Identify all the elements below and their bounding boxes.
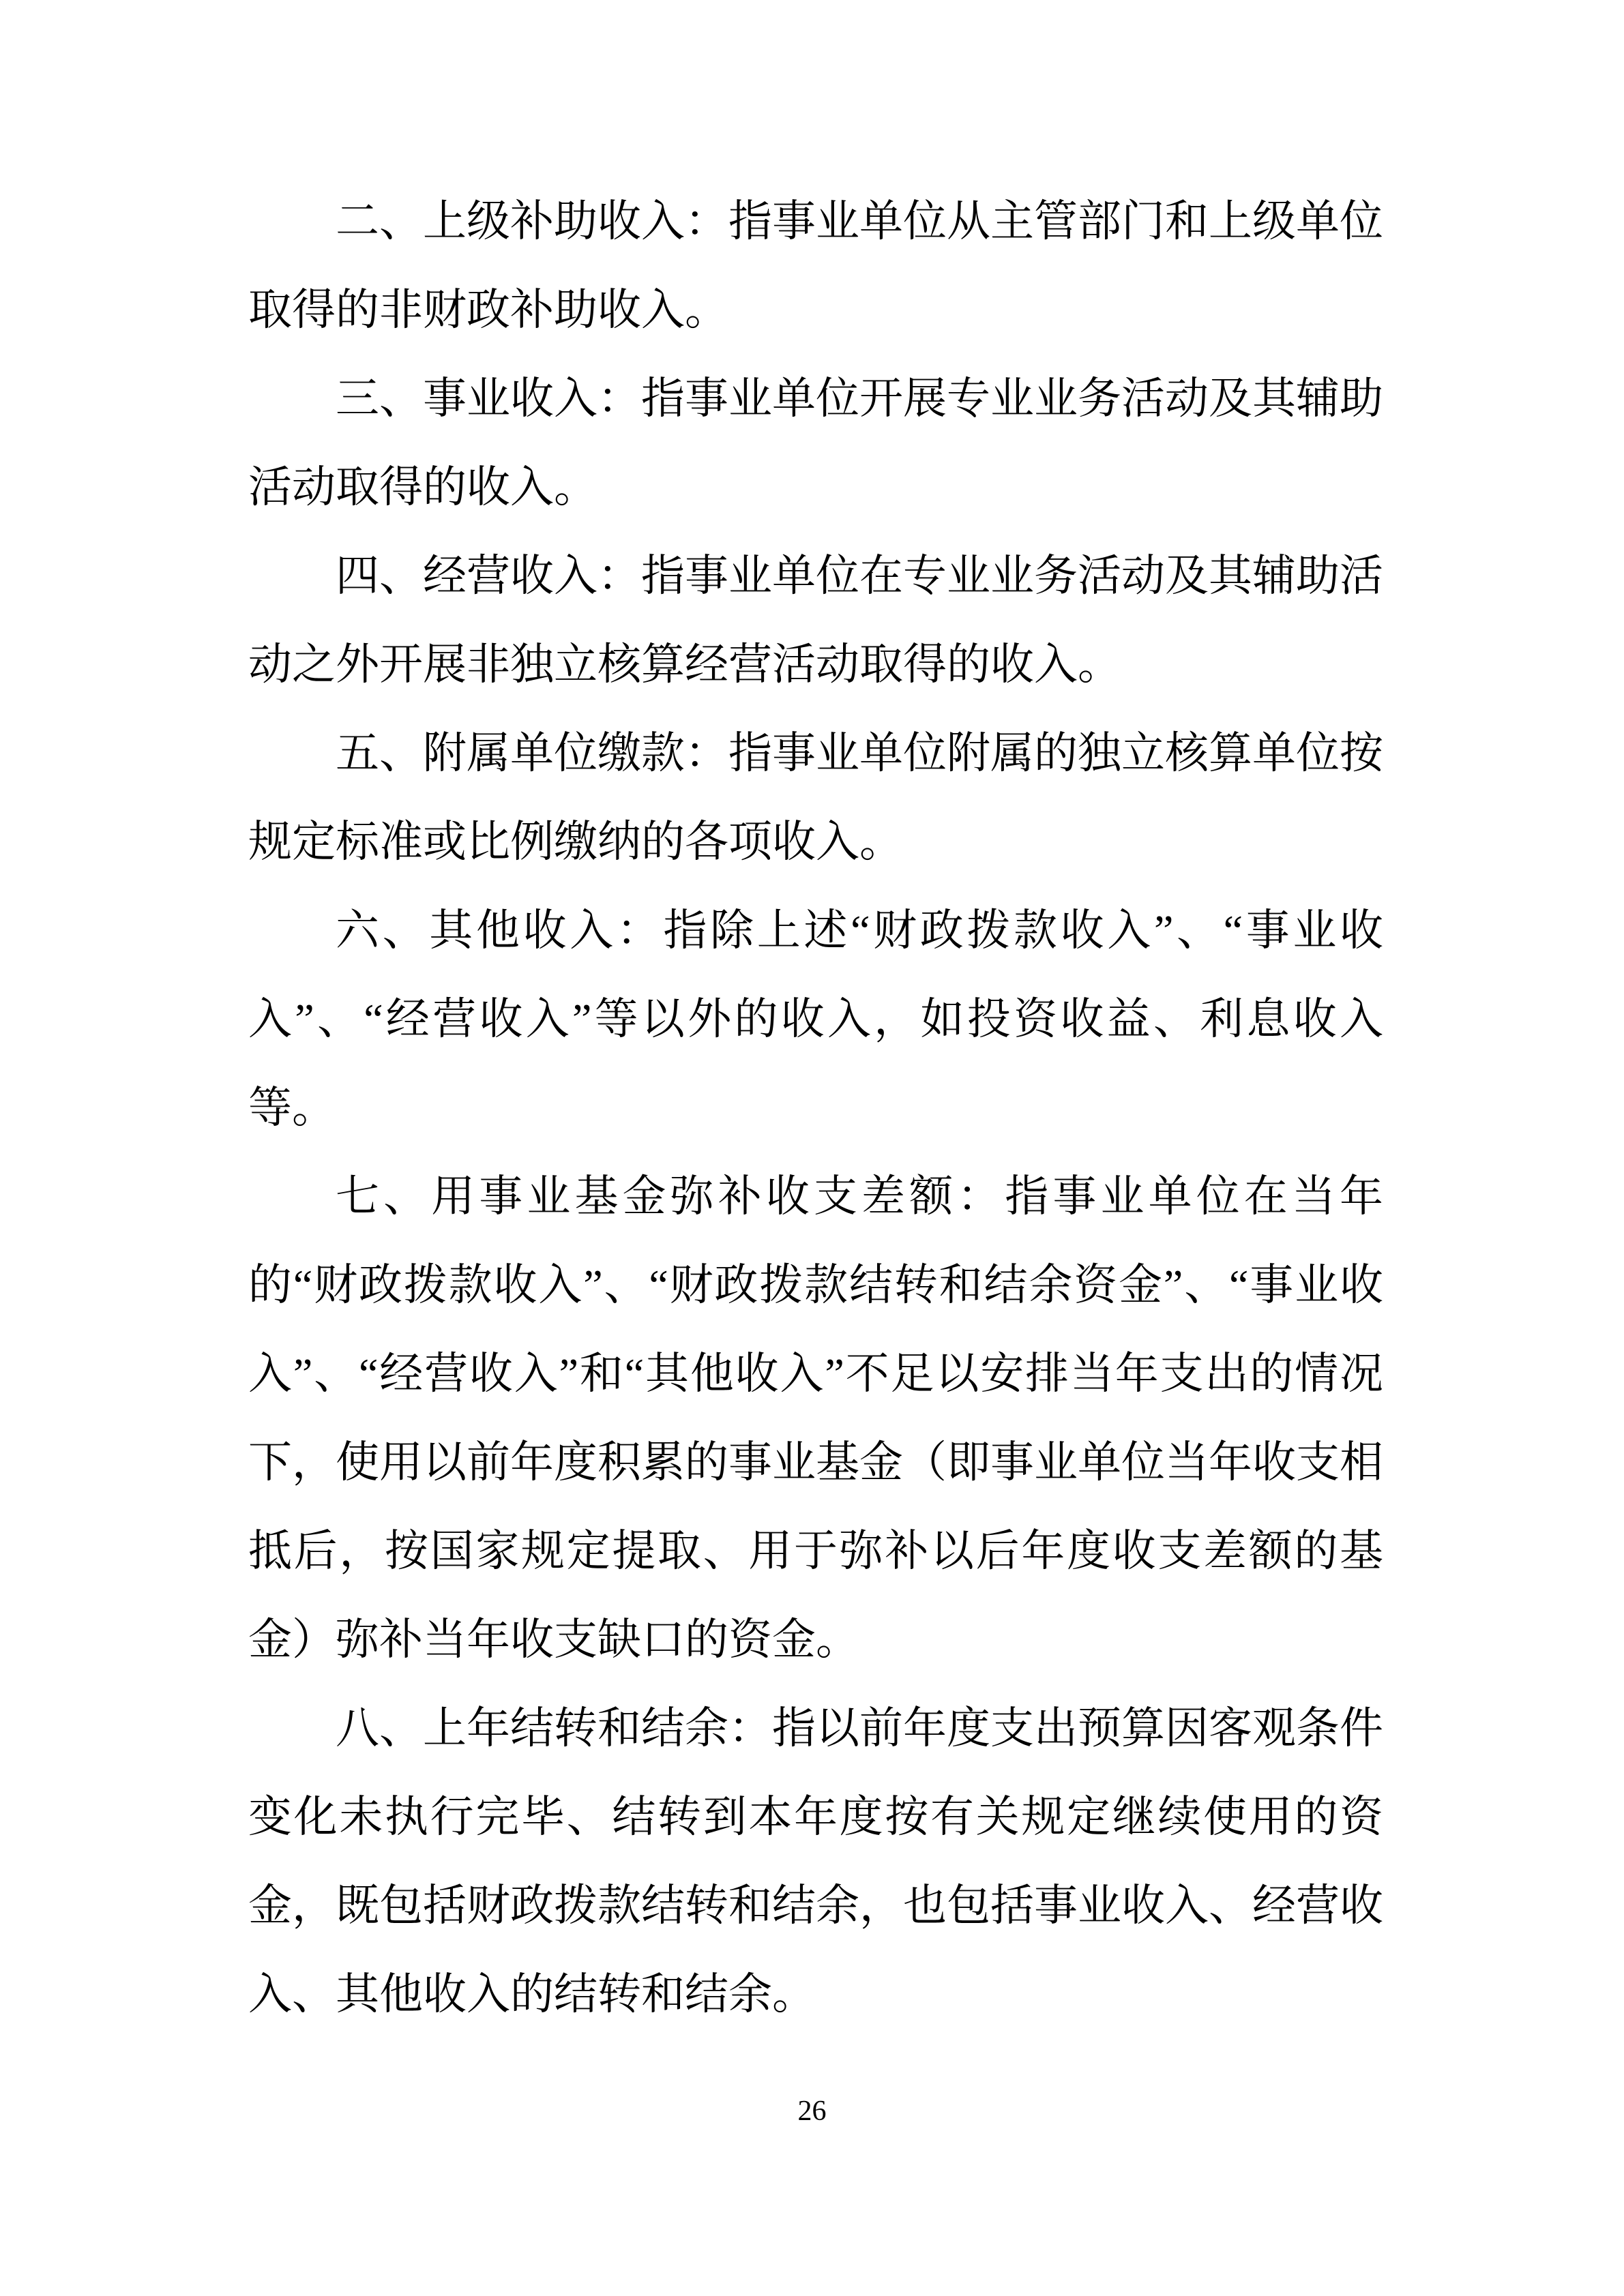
paragraph: 六、其他收入：指除上述“财政拨款收入”、“事业收入”、“经营收入”等以外的收入，… <box>248 886 1383 1152</box>
paragraph: 五、附属单位缴款：指事业单位附属的独立核算单位按规定标准或比例缴纳的各项收入。 <box>248 709 1383 886</box>
document-page: 二、上级补助收入：指事业单位从主管部门和上级单位取得的非财政补助收入。三、事业收… <box>0 0 1624 2296</box>
paragraph: 四、经营收入：指事业单位在专业业务活动及其辅助活动之外开展非独立核算经营活动取得… <box>248 532 1383 709</box>
paragraph: 三、事业收入：指事业单位开展专业业务活动及其辅助活动取得的收入。 <box>248 355 1383 532</box>
paragraph: 七、用事业基金弥补收支差额：指事业单位在当年的“财政拨款收入”、“财政拨款结转和… <box>248 1152 1383 1684</box>
page-number: 26 <box>0 2095 1624 2128</box>
document-body: 二、上级补助收入：指事业单位从主管部门和上级单位取得的非财政补助收入。三、事业收… <box>248 177 1383 2039</box>
paragraph: 二、上级补助收入：指事业单位从主管部门和上级单位取得的非财政补助收入。 <box>248 177 1383 355</box>
paragraph: 八、上年结转和结余：指以前年度支出预算因客观条件变化未执行完毕、结转到本年度按有… <box>248 1684 1383 2039</box>
